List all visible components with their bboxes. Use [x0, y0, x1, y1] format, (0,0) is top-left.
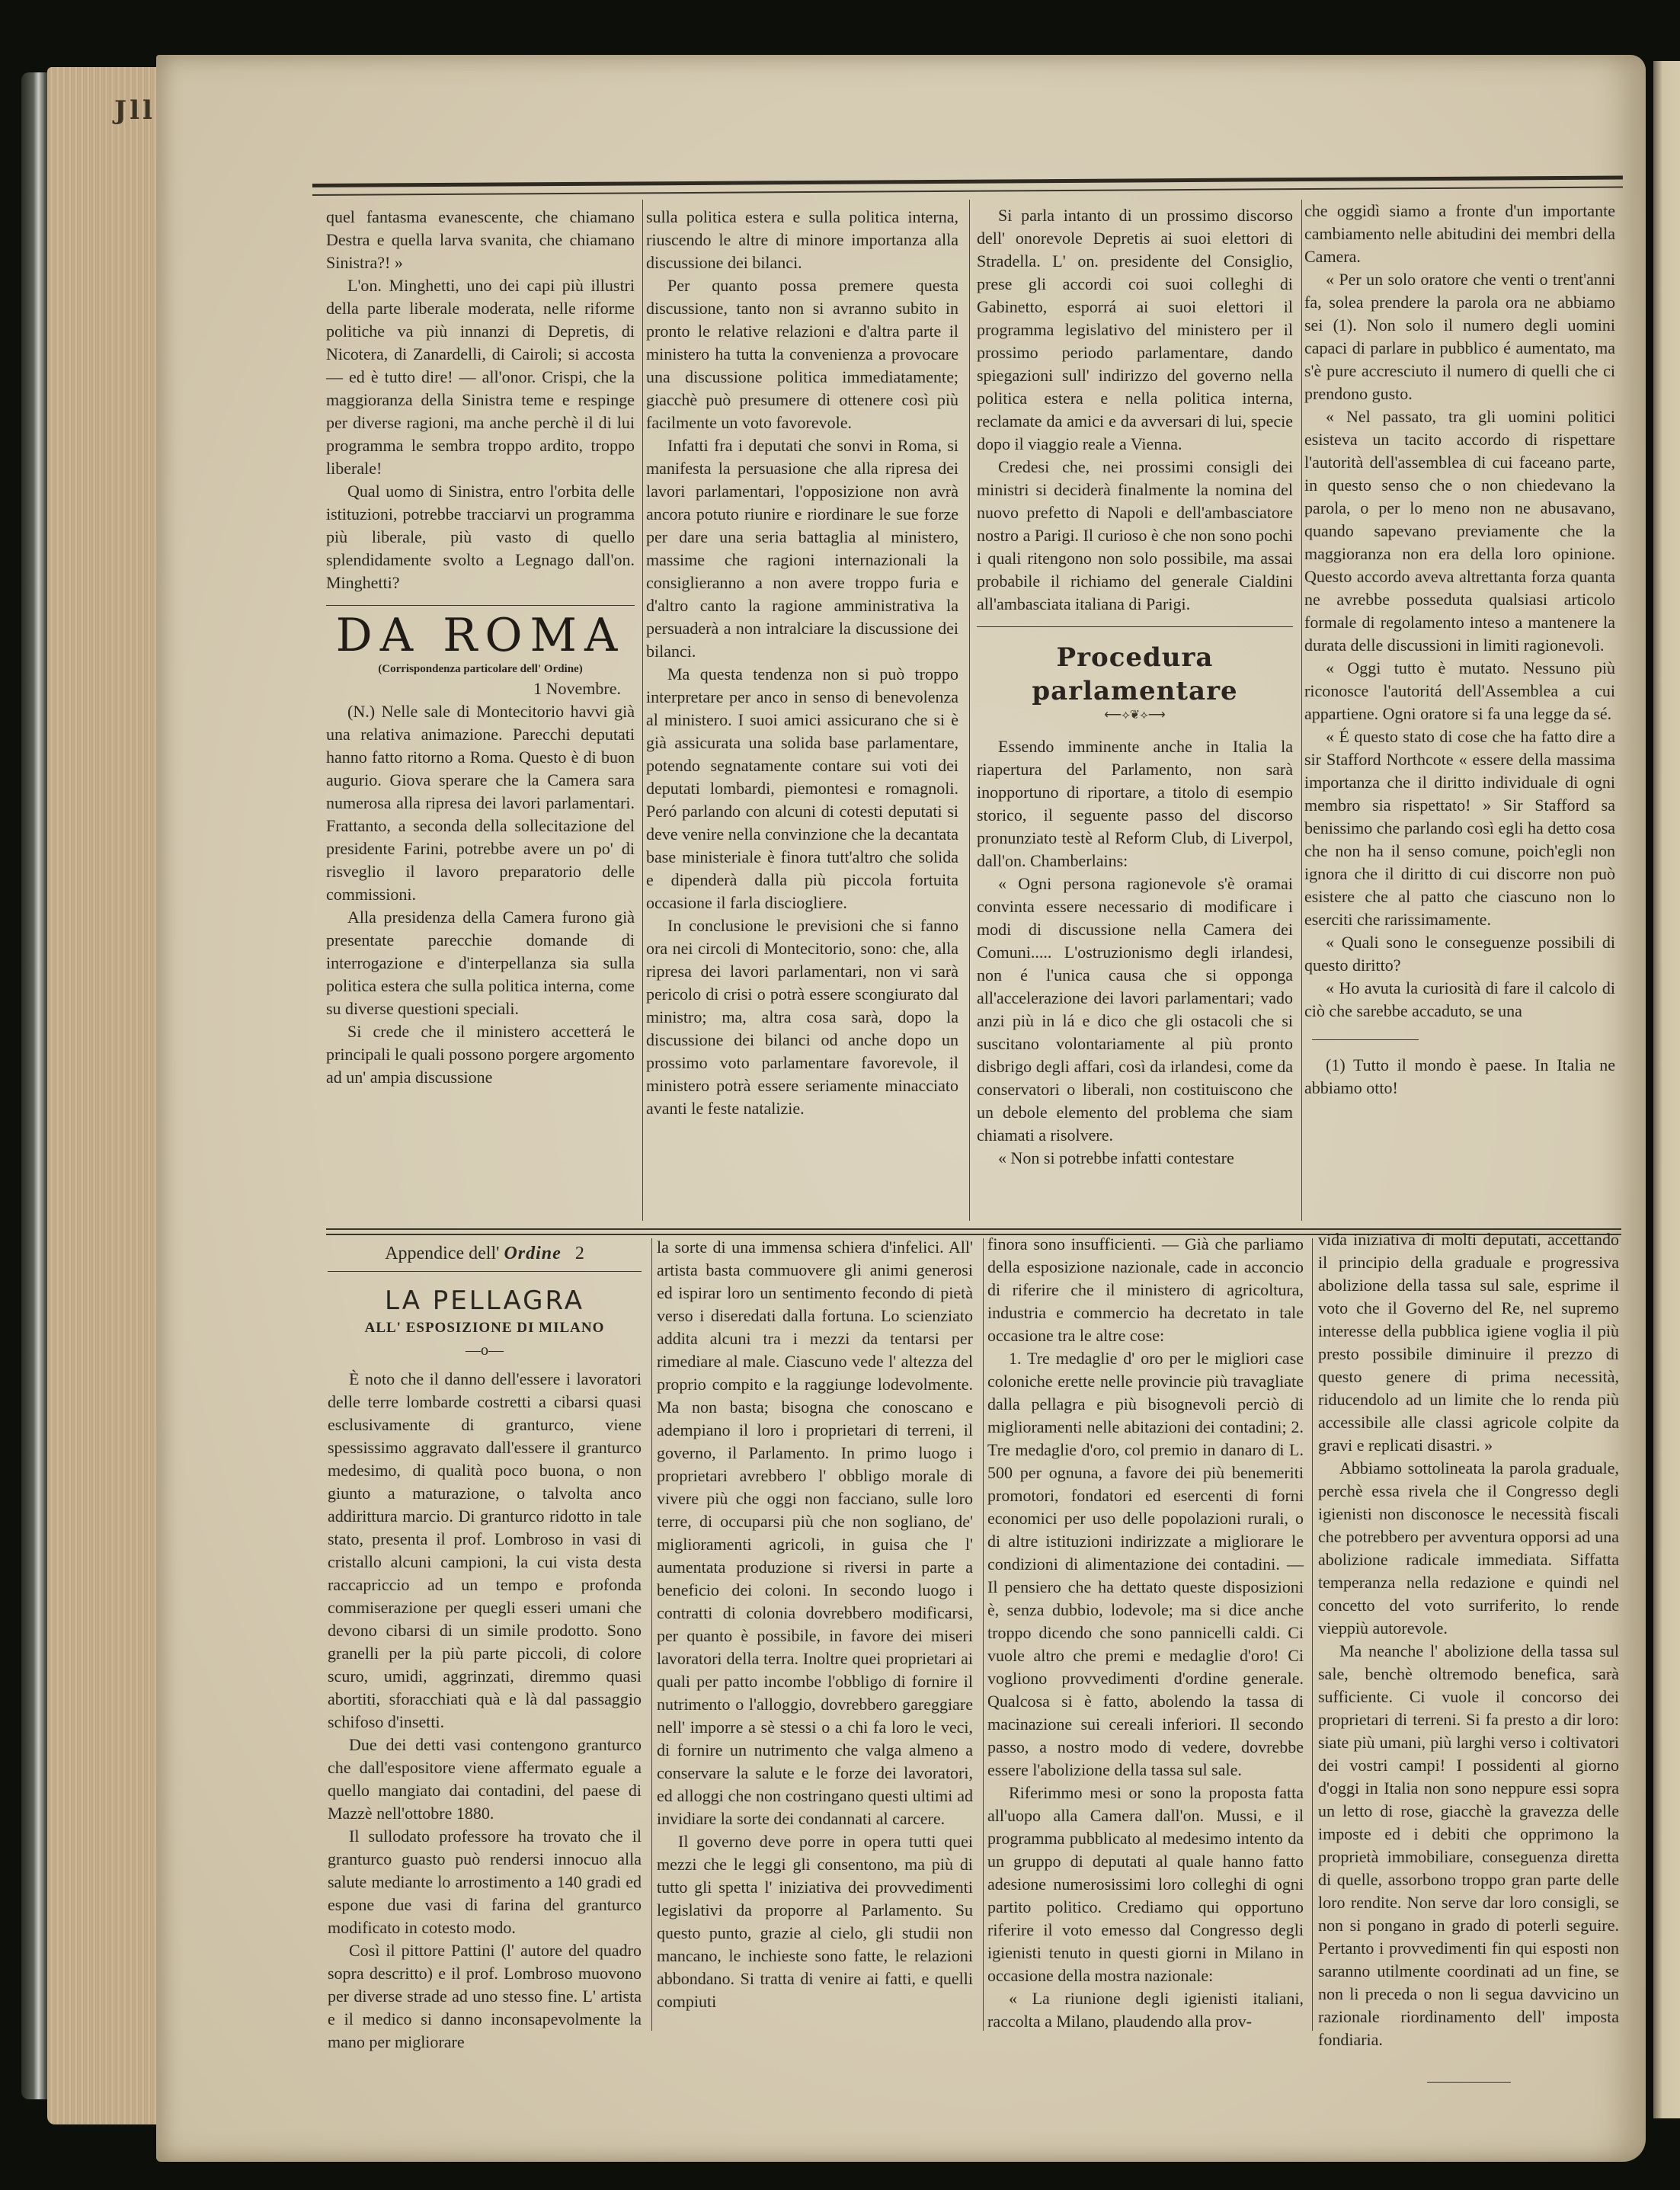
paragraph: sulla politica estera e sulla politica i… [646, 206, 958, 274]
column-divider [1312, 1238, 1313, 2031]
paragraph: « É questo stato di cose che ha fatto di… [1304, 725, 1615, 931]
paragraph: L'on. Minghetti, uno dei capi più illust… [326, 274, 635, 480]
footnote: (1) Tutto il mondo è paese. In Italia ne… [1304, 1054, 1615, 1100]
article-column-4: che oggidì siamo a fronte d'un important… [1304, 200, 1615, 1100]
appendix-column-1: Appendice dell' Ordine 2 LA PELLAGRA ALL… [328, 1241, 642, 2054]
article-column-1: quel fantasma evanescente, che chiamano … [326, 206, 635, 1089]
appendix-column-3: finora sono insufficienti. — Già che par… [987, 1233, 1304, 2033]
dateline: 1 Novembre. [326, 677, 635, 700]
headline-da-roma: DA ROMA [326, 610, 635, 661]
paragraph: vida iniziativa di molti deputati, accet… [1318, 1228, 1619, 1457]
paragraph: « Nel passato, tra gli uomini politici e… [1304, 405, 1615, 657]
appendix-prefix: Appendice dell' [385, 1244, 499, 1263]
paragraph: « La riunione degli igienisti italiani, … [987, 1987, 1304, 2033]
section-rule [326, 605, 635, 606]
separator: —o— [328, 1339, 642, 1362]
paragraph: Qual uomo di Sinistra, entro l'orbita de… [326, 480, 635, 594]
appendix-column-2: la sorte di una immensa schiera d'infeli… [657, 1236, 973, 2013]
page-stack-edge [47, 67, 169, 2124]
appendix-header: Appendice dell' Ordine 2 [328, 1241, 642, 1266]
paragraph: Ma questa tendenza non si può troppo int… [646, 663, 958, 914]
paragraph: Ma neanche l' abolizione della tassa sul… [1318, 1640, 1619, 2051]
paragraph: Così il pittore Pattini (l' autore del q… [328, 1939, 642, 2054]
paragraph: 1. Tre medaglie d' oro per le migliori c… [987, 1347, 1304, 1782]
paragraph: « Quali sono le conseguenze possibili di… [1304, 931, 1615, 977]
paragraph: Si crede che il ministero accetterá le p… [326, 1020, 635, 1089]
paragraph: Per quanto possa premere questa discussi… [646, 274, 958, 434]
headline-procedura: Procedura parlamentare [977, 641, 1293, 708]
paragraph: Infatti fra i deputati che sonvi in Roma… [646, 434, 958, 663]
page-stack-mark: Jll [114, 95, 155, 126]
paragraph: Riferimmo mesi or sono la proposta fatta… [987, 1782, 1304, 1987]
byline: (Corrispondenza particolare dell' Ordine… [326, 661, 635, 677]
paragraph: Il governo deve porre in opera tutti que… [657, 1830, 973, 2013]
paragraph: Credesi che, nei prossimi consigli dei m… [977, 456, 1293, 616]
column-divider [651, 1238, 652, 2031]
paragraph: la sorte di una immensa schiera d'infeli… [657, 1236, 973, 1830]
facing-page-edge [1653, 61, 1680, 2118]
ornament-divider: ⟵⟡❦⟡⟶ [977, 708, 1293, 723]
paragraph: Alla presidenza della Camera furono già … [326, 906, 635, 1020]
paragraph: Due dei detti vasi contengono granturco … [328, 1734, 642, 1825]
paragraph: Abbiamo sottolineata la parola graduale,… [1318, 1457, 1619, 1640]
column-divider [969, 200, 970, 1221]
column-divider [642, 200, 643, 1221]
column-divider [983, 1238, 984, 2031]
end-rule [1427, 2082, 1511, 2083]
paragraph: « Ho avuta la curiosità di fare il calco… [1304, 977, 1615, 1023]
headline-la-pellagra: LA PELLAGRA [328, 1284, 642, 1318]
appendix-column-4: vida iniziativa di molti deputati, accet… [1318, 1228, 1619, 2083]
appendix-paper-name: Ordine [504, 1244, 561, 1263]
paragraph: Si parla intanto di un prossimo discorso… [977, 204, 1293, 456]
paragraph: « Oggi tutto è mutato. Nessuno più ricon… [1304, 657, 1615, 725]
paragraph: « Non si potrebbe infatti contestare [977, 1147, 1293, 1170]
paragraph: (N.) Nelle sale di Montecitorio havvi gi… [326, 700, 635, 906]
column-divider [1301, 200, 1302, 1221]
paragraph: che oggidì siamo a fronte d'un important… [1304, 200, 1615, 268]
section-rule [977, 626, 1293, 627]
appendix-number: 2 [575, 1244, 584, 1263]
article-column-2: sulla politica estera e sulla politica i… [646, 206, 958, 1120]
paragraph: « Per un solo oratore che venti o trent'… [1304, 268, 1615, 405]
subheadline: ALL' ESPOSIZIONE DI MILANO [328, 1318, 642, 1339]
paragraph: Essendo imminente anche in Italia la ria… [977, 735, 1293, 872]
footnote-rule [1312, 1039, 1419, 1040]
article-column-3: Si parla intanto di un prossimo discorso… [977, 204, 1293, 1170]
paragraph: Il sullodato professore ha trovato che i… [328, 1825, 642, 1939]
paragraph: finora sono insufficienti. — Già che par… [987, 1233, 1304, 1347]
paragraph: In conclusione le previsioni che si fann… [646, 914, 958, 1120]
paragraph: « Ogni persona ragionevole s'è oramai co… [977, 872, 1293, 1147]
paragraph: È noto che il danno dell'essere i lavora… [328, 1368, 642, 1734]
section-rule [328, 1271, 642, 1272]
paragraph: quel fantasma evanescente, che chiamano … [326, 206, 635, 274]
